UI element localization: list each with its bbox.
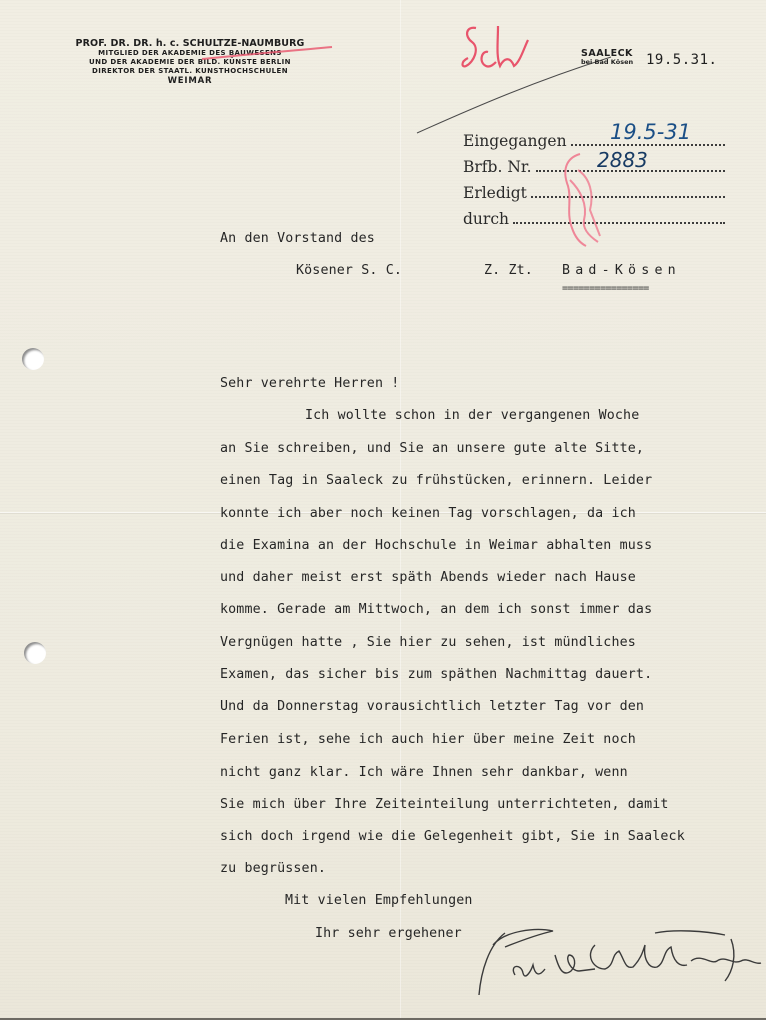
body-line: Vergnügen hatte , Sie hier zu sehen, ist… (220, 635, 636, 650)
punch-hole (22, 348, 44, 370)
letter-date: 19.5.31. (646, 52, 717, 68)
body-line: Und da Donnerstag vorausichtlich letzter… (220, 699, 644, 714)
stamp-label: durch (463, 210, 513, 228)
body-line: die Examina an der Hochschule in Weimar … (220, 538, 652, 553)
closing-line: Mit vielen Empfehlungen (285, 893, 473, 908)
body-line: Examen, das sicher bis zum späthen Nachm… (220, 667, 652, 682)
body-line: nicht ganz klar. Ich wäre Ihnen sehr dan… (220, 765, 628, 780)
address-recipient: Kösener S. C. (296, 263, 402, 278)
letter-page: PROF. DR. DR. h. c. SCHULTZE-NAUMBURG MI… (0, 0, 766, 1020)
body-line: Ich wollte schon in der vergangenen Woch… (305, 408, 639, 423)
stamp-label: Erledigt (463, 184, 531, 202)
body-line: Ferien ist, sehe ich auch hier über mein… (220, 732, 636, 747)
address-zzt: Z. Zt. (484, 263, 533, 278)
body-line: und daher meist erst späth Abends wieder… (220, 570, 636, 585)
body-line: Sie mich über Ihre Zeiteinteilung unterr… (220, 797, 669, 812)
closing-line: Ihr sehr ergehener (315, 926, 462, 941)
body-line: sich doch irgend wie die Gelegenheit gib… (220, 829, 685, 844)
body-line: an Sie schreiben, und Sie an unsere gute… (220, 441, 644, 456)
body-line: konnte ich aber noch keinen Tag vorschla… (220, 506, 636, 521)
place-block: SAALECK bei Bad Kösen (581, 48, 633, 66)
pencil-line (415, 55, 615, 135)
stamp-label: Eingegangen (463, 132, 571, 150)
stamp-label: Brfb. Nr. (463, 158, 536, 176)
address-location: Bad-Kösen (562, 263, 681, 278)
address-double-underline: ================ (562, 283, 649, 294)
address-line-1: An den Vorstand des (220, 231, 375, 246)
letterhead-city: WEIMAR (40, 76, 340, 86)
punch-hole (24, 642, 46, 664)
body-line: zu begrüssen. (220, 861, 326, 876)
place-sub: bei Bad Kösen (581, 58, 633, 66)
salutation: Sehr verehrte Herren ! (220, 376, 399, 391)
signature (475, 925, 765, 1000)
stamp-dotted-line (571, 144, 725, 146)
stamp-dotted-line (513, 222, 725, 224)
red-pencil-mark (558, 150, 608, 250)
letterhead-line: DIREKTOR DER STAATL. KUNSTHOCHSCHULEN (40, 67, 340, 76)
body-line: einen Tag in Saaleck zu frühstücken, eri… (220, 473, 652, 488)
body-line: komme. Gerade am Mittwoch, an dem ich so… (220, 602, 652, 617)
red-pencil-underline (200, 45, 340, 65)
handwritten-received-date: 19.5-31 (610, 120, 691, 144)
